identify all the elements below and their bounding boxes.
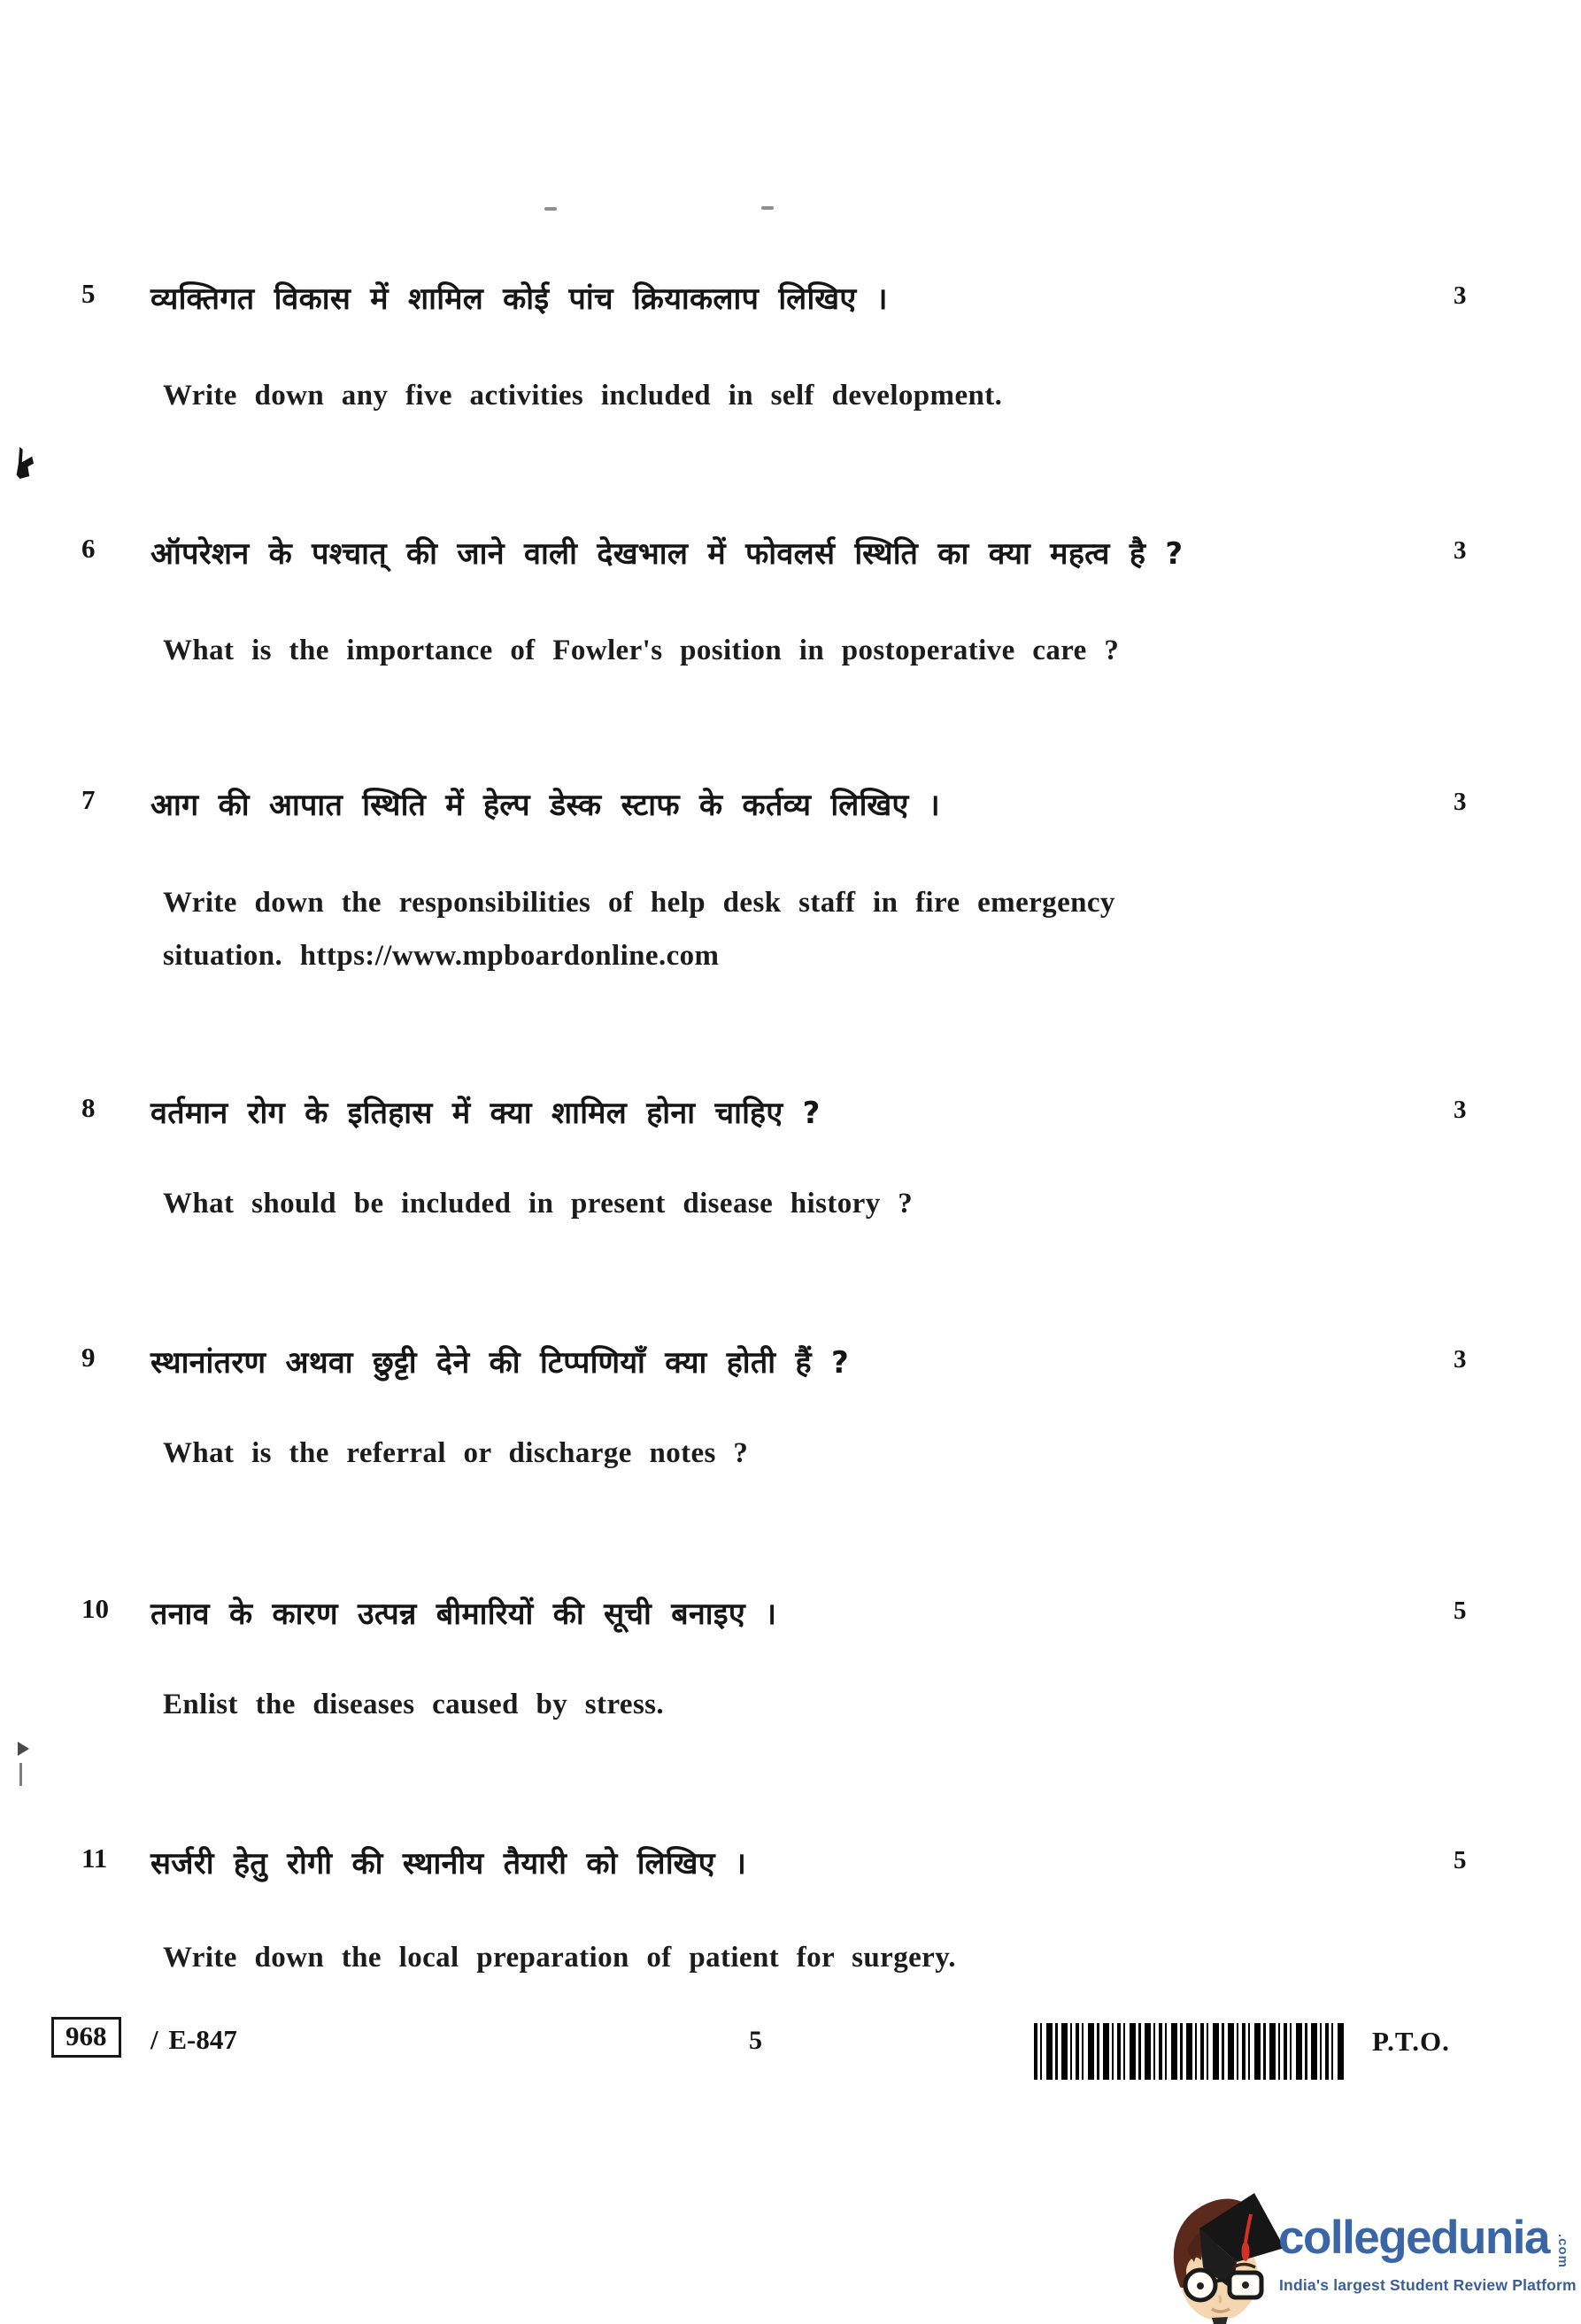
paper-code: 968 [66,2020,107,2051]
question-number: 9 [81,1342,143,1374]
question-number: 5 [81,278,143,310]
scan-artifact-ink-blot [14,447,34,479]
question-marks: 5 [1454,1846,1494,1875]
question-text-english: What should be included in present disea… [163,1177,913,1230]
pto-label: P.T.O. [1372,2026,1450,2058]
question-marks: 3 [1454,1096,1494,1125]
question-text-hindi: तनाव के कारण उत्पन्न बीमारियों की सूची ब… [150,1591,776,1637]
question-marks: 3 [1454,281,1494,311]
brand-wordmark: collegedunia [1278,2211,1549,2265]
question-text-hindi: स्थानांतरण अथवा छुट्टी देने की टिप्पणिया… [150,1340,849,1386]
question-number: 10 [81,1593,143,1625]
question-text-english: What is the importance of Fowler's posit… [163,624,1119,677]
barcode-icon [1034,2023,1344,2080]
question-text-english: Write down the responsibilities of help … [163,876,1212,982]
question-text-english: What is the referral or discharge notes … [163,1427,748,1480]
question-text-hindi: आग की आपात स्थिति में हेल्प डेस्क स्टाफ … [150,782,940,828]
brand-tld: .com [1555,2234,1570,2268]
question-text-english: Write down the local preparation of pati… [163,1931,956,1984]
graduate-boy-mascot-icon [1168,2191,1284,2324]
scan-artifact-dash [761,206,774,210]
question-text-english: Enlist the diseases caused by stress. [163,1678,664,1731]
question-text-hindi: व्यक्तिगत विकास में शामिल कोई पांच क्रिय… [150,276,888,322]
brand-tagline: India's largest Student Review Platform [1279,2276,1577,2295]
question-text-hindi: ऑपरेशन के पश्चात् की जाने वाली देखभाल मे… [150,531,1183,577]
paper-code-box: 968 [51,2017,121,2058]
watermark-url: https://www.mpboardonline.com [300,940,720,972]
scan-artifact-mark [19,1763,22,1786]
question-marks: 3 [1454,536,1494,566]
question-marks: 3 [1454,1345,1494,1374]
question-number: 8 [81,1092,143,1124]
scan-artifact-dash [544,207,557,211]
page-number: 5 [749,2026,762,2056]
question-text-hindi: वर्तमान रोग के इतिहास में क्या शामिल होन… [150,1090,821,1136]
exam-scan-page: 5 व्यक्तिगत विकास में शामिल कोई पांच क्र… [0,0,1581,2324]
question-marks: 5 [1454,1597,1494,1626]
question-number: 6 [81,533,143,565]
question-text-english: Write down any five activities included … [163,369,1002,422]
collegedunia-logo: collegedunia .com India's largest Studen… [1136,2156,1581,2324]
set-code: / E-847 [150,2024,237,2056]
question-number: 7 [81,784,143,816]
question-number: 11 [81,1843,143,1874]
question-marks: 3 [1454,788,1494,817]
scan-artifact-mark [18,1742,29,1756]
question-text-hindi: सर्जरी हेतु रोगी की स्थानीय तैयारी को लि… [150,1841,746,1887]
